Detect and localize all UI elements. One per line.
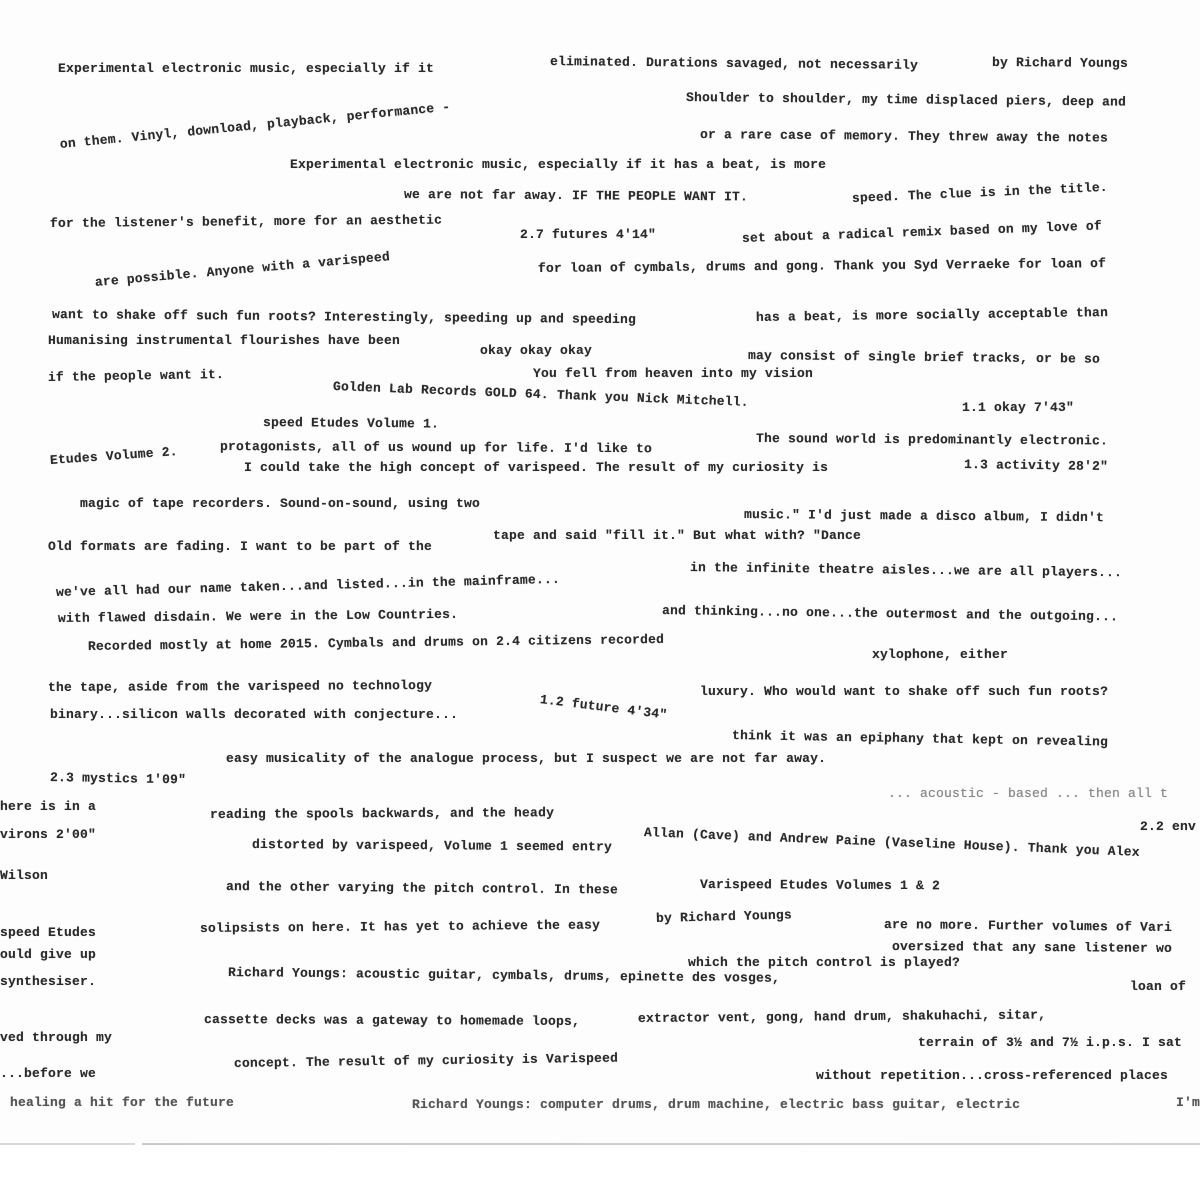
typed-text-line: 2.7 futures 4'14" xyxy=(520,228,656,242)
typed-text-line: 2.3 mystics 1'09" xyxy=(50,771,186,787)
typed-text-line: Old formats are fading. I want to be par… xyxy=(48,540,432,554)
typed-text-line: 1.3 activity 28'2" xyxy=(964,458,1108,474)
typed-text-line: ...before we xyxy=(0,1067,96,1081)
typed-text-line: Experimental electronic music, especiall… xyxy=(290,158,826,172)
typed-text-line: extractor vent, gong, hand drum, shakuha… xyxy=(638,1008,1046,1026)
typed-text-line: has a beat, is more socially acceptable … xyxy=(756,306,1108,325)
typed-text-line: You fell from heaven into my vision xyxy=(533,367,813,381)
typed-text-line: and the other varying the pitch control.… xyxy=(226,880,618,897)
typed-text-line: I'm xyxy=(1176,1096,1200,1110)
typed-text-line: which the pitch control is played? xyxy=(688,956,960,970)
typed-text-line: here is in a xyxy=(0,800,96,814)
typed-text-line: we've all had our name taken...and liste… xyxy=(56,573,560,600)
typed-text-line: Varispeed Etudes Volumes 1 & 2 xyxy=(700,878,940,893)
typed-text-line: by Richard Youngs xyxy=(656,908,792,926)
typed-text-line: ved through my xyxy=(0,1031,112,1045)
typed-text-line: reading the spools backwards, and the he… xyxy=(210,806,554,822)
typed-text-line: Allan (Cave) and Andrew Paine (Vaseline … xyxy=(644,826,1140,860)
typed-text-line: luxury. Who would want to shake off such… xyxy=(700,685,1108,699)
typed-text-line: or a rare case of memory. They threw awa… xyxy=(700,128,1108,146)
typed-text-line: terrain of 3½ and 7½ i.p.s. I sat xyxy=(918,1036,1182,1050)
typed-text-line: concept. The result of my curiosity is V… xyxy=(234,1052,618,1071)
typed-text-line: on them. Vinyl, download, playback, perf… xyxy=(59,100,451,152)
typed-text-line: music." I'd just made a disco album, I d… xyxy=(744,508,1104,525)
typed-text-line: by Richard Youngs xyxy=(992,56,1128,71)
scanned-paper-sheet: Experimental electronic music, especiall… xyxy=(0,0,1200,1143)
typed-text-line: for loan of cymbals, drums and gong. Tha… xyxy=(538,257,1106,276)
typed-text-line: distorted by varispeed, Volume 1 seemed … xyxy=(252,838,612,855)
typed-text-line: Etudes Volume 2. xyxy=(50,445,179,468)
typed-text-line: Richard Youngs: computer drums, drum mac… xyxy=(412,1098,1020,1112)
typed-text-line: synthesiser. xyxy=(0,975,96,989)
typed-text-line: Richard Youngs: acoustic guitar, cymbals… xyxy=(228,966,780,986)
typed-text-line: are no more. Further volumes of Vari xyxy=(884,918,1172,935)
typed-text-line: if the people want it. xyxy=(48,368,224,385)
typed-text-line: virons 2'00" xyxy=(0,828,96,842)
typed-text-line: Humanising instrumental flourishes have … xyxy=(48,334,400,348)
typed-text-line: set about a radical remix based on my lo… xyxy=(742,219,1102,246)
typed-text-line: cassette decks was a gateway to homemade… xyxy=(204,1013,580,1029)
typed-text-line: easy musicality of the analogue process,… xyxy=(226,752,826,766)
typed-text-line: I could take the high concept of varispe… xyxy=(244,461,828,475)
typed-text-line: may consist of single brief tracks, or b… xyxy=(748,349,1100,367)
typed-text-line: 2.2 env xyxy=(1140,820,1196,834)
typed-text-line: we are not far away. IF THE PEOPLE WANT … xyxy=(404,188,748,204)
typed-text-line: 1.1 okay 7'43" xyxy=(962,401,1074,415)
typed-text-line: and thinking...no one...the outermost an… xyxy=(662,604,1118,624)
typed-text-line: eliminated. Durations savaged, not neces… xyxy=(550,55,918,73)
typed-text-line: healing a hit for the future xyxy=(10,1096,234,1110)
typed-text-line: Experimental electronic music, especiall… xyxy=(58,62,434,76)
typed-text-line: speed. The clue is in the title. xyxy=(852,181,1108,206)
typed-text-line: binary...silicon walls decorated with co… xyxy=(50,708,458,722)
typed-text-line: in the infinite theatre aisles...we are … xyxy=(690,561,1122,580)
typed-text-line: the tape, aside from the varispeed no te… xyxy=(48,679,432,695)
typed-text-line: are possible. Anyone with a varispeed xyxy=(94,250,390,290)
typed-text-line: want to shake off such fun roots? Intere… xyxy=(52,308,636,327)
typed-text-line: tape and said "fill it." But what with? … xyxy=(493,529,861,543)
typed-text-line: oversized that any sane listener wo xyxy=(892,940,1172,956)
typed-text-line: protagonists, all of us wound up for lif… xyxy=(220,440,652,456)
typed-text-line: for the listener's benefit, more for an … xyxy=(50,214,442,231)
typed-text-line: solipsists on here. It has yet to achiev… xyxy=(200,919,600,936)
typed-text-line: Golden Lab Records GOLD 64. Thank you Ni… xyxy=(333,380,749,410)
typed-text-line: ... acoustic - based ... then all t xyxy=(888,787,1168,801)
typed-text-line: without repetition...cross-referenced pl… xyxy=(816,1069,1168,1083)
typed-text-line: with flawed disdain. We were in the Low … xyxy=(58,608,458,626)
typed-text-line: magic of tape recorders. Sound-on-sound,… xyxy=(80,497,480,511)
typed-text-line: speed Etudes xyxy=(0,926,96,940)
typed-text-line: Shoulder to shoulder, my time displaced … xyxy=(686,91,1126,110)
typed-text-line: okay okay okay xyxy=(480,344,592,358)
typed-text-line: 1.2 future 4'34" xyxy=(539,693,668,722)
typed-text-line: ould give up xyxy=(0,948,96,962)
typed-text-line: speed Etudes Volume 1. xyxy=(263,416,439,432)
scan-background xyxy=(0,1145,1200,1200)
typed-text-line: xylophone, either xyxy=(872,648,1008,662)
typed-text-line: loan of xyxy=(1130,980,1186,994)
typed-text-line: The sound world is predominantly electro… xyxy=(756,432,1108,448)
typed-text-line: think it was an epiphany that kept on re… xyxy=(732,729,1108,750)
typed-text-line: Recorded mostly at home 2015. Cymbals an… xyxy=(88,633,664,654)
typed-text-line: Wilson xyxy=(0,869,48,883)
